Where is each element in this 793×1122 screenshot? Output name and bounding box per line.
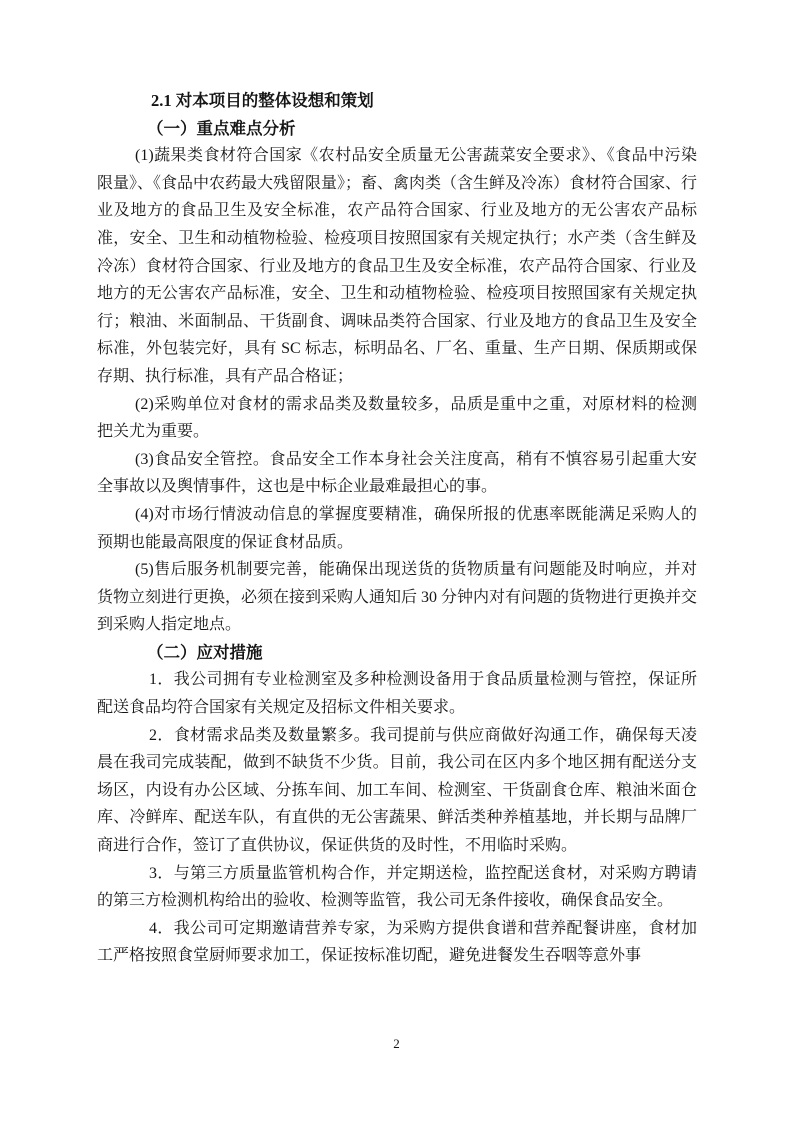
page-number: 2 xyxy=(0,1035,793,1053)
section-1-heading: （一）重点难点分析 xyxy=(97,115,697,143)
main-heading: 2.1 对本项目的整体设想和策划 xyxy=(97,87,697,115)
section-1-paragraph-4: (4)对市场行情波动信息的掌握度要精准，确保所报的优惠率既能满足采购人的预期也能… xyxy=(97,501,697,556)
document-body: 2.1 对本项目的整体设想和策划 （一）重点难点分析 (1)蔬果类食材符合国家《… xyxy=(97,87,697,970)
section-2-heading: （二）应对措施 xyxy=(97,639,697,667)
section-1-paragraph-1: (1)蔬果类食材符合国家《农村品安全质量无公害蔬菜安全要求》、《食品中污染限量》… xyxy=(97,142,697,390)
section-1-paragraph-2: (2)采购单位对食材的需求品类及数量较多，品质是重中之重，对原材料的检测把关尤为… xyxy=(97,391,697,446)
section-2-paragraph-2: 2．食材需求品类及数量繁多。我司提前与供应商做好沟通工作，确保每天凌晨在我司完成… xyxy=(97,722,697,860)
section-2-paragraph-4: 4．我公司可定期邀请营养专家，为采购方提供食谱和营养配餐讲座，食材加工严格按照食… xyxy=(97,915,697,970)
document-page: 2.1 对本项目的整体设想和策划 （一）重点难点分析 (1)蔬果类食材符合国家《… xyxy=(0,0,793,1122)
section-2-paragraph-1: 1．我公司拥有专业检测室及多种检测设备用于食品质量检测与管控，保证所配送食品均符… xyxy=(97,666,697,721)
section-1-paragraph-5: (5)售后服务机制要完善，能确保出现送货的货物质量有问题能及时响应，并对货物立刻… xyxy=(97,556,697,639)
section-2-paragraph-3: 3．与第三方质量监管机构合作，并定期送检，监控配送食材，对采购方聘请的第三方检测… xyxy=(97,860,697,915)
section-1-paragraph-3: (3)食品安全管控。食品安全工作本身社会关注度高，稍有不慎容易引起重大安全事故以… xyxy=(97,446,697,501)
